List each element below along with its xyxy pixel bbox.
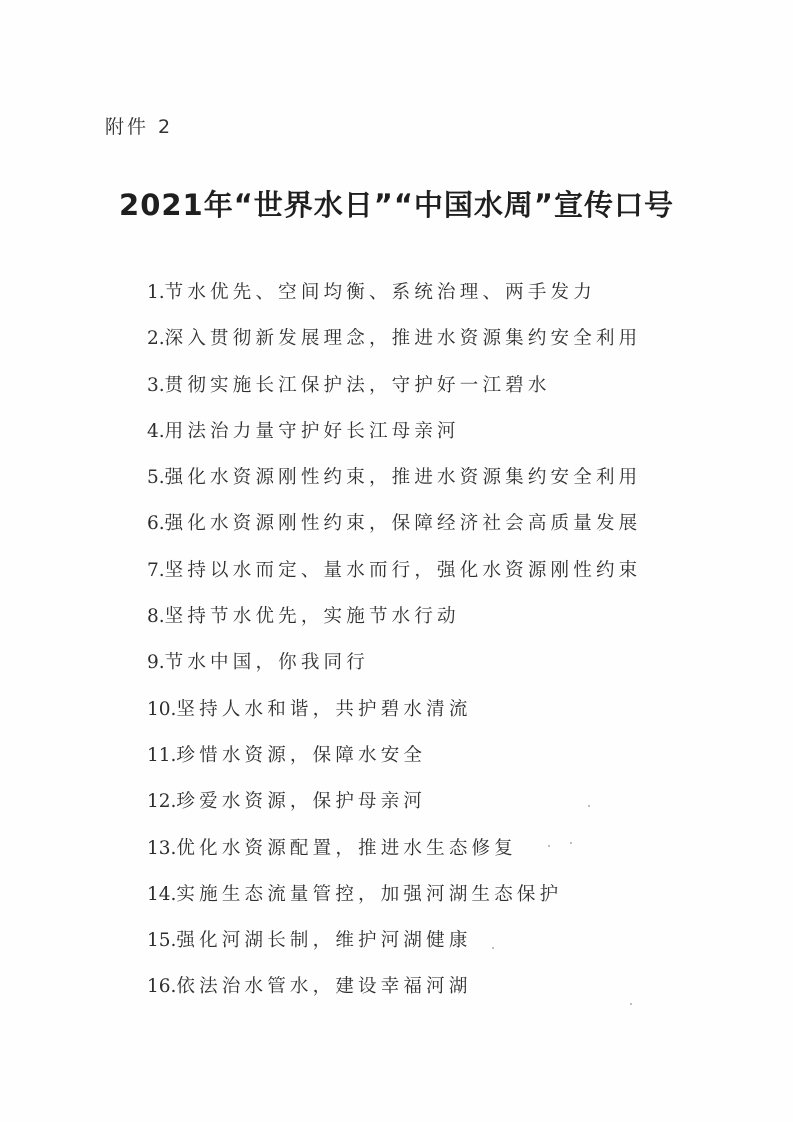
slogan-item: 9.节水中国，你我同行: [147, 648, 641, 694]
slogan-number: 5.: [147, 467, 165, 488]
slogan-number: 4.: [147, 421, 165, 442]
slogan-text: 坚持以水而定、量水而行，强化水资源刚性约束: [165, 560, 642, 581]
slogan-text: 用法治力量守护好长江母亲河: [165, 421, 460, 442]
slogan-item: 14.实施生态流量管控，加强河湖生态保护: [147, 880, 641, 926]
slogan-text: 强化水资源刚性约束，推进水资源集约安全利用: [165, 467, 642, 488]
slogan-text: 贯彻实施长江保护法，守护好一江碧水: [165, 375, 551, 396]
attachment-label: 附件 2: [105, 112, 173, 139]
slogan-number: 13.: [147, 838, 176, 859]
slogan-item: 13.优化水资源配置，推进水生态修复: [147, 834, 641, 880]
slogan-text: 节水中国，你我同行: [165, 652, 369, 673]
scan-speck: [588, 805, 590, 807]
slogan-text: 强化水资源刚性约束，保障经济社会高质量发展: [165, 513, 642, 534]
slogan-item: 7.坚持以水而定、量水而行，强化水资源刚性约束: [147, 556, 641, 602]
document-title: 2021年“世界水日”“中国水周”宣传口号: [0, 183, 793, 224]
document-page: 附件 2 2021年“世界水日”“中国水周”宣传口号 1.节水优先、空间均衡、系…: [0, 0, 793, 1122]
scan-speck: [548, 845, 550, 847]
slogan-text: 节水优先、空间均衡、系统治理、两手发力: [165, 282, 596, 303]
slogan-item: 2.深入贯彻新发展理念，推进水资源集约安全利用: [147, 324, 641, 370]
slogan-item: 12.珍爱水资源，保护母亲河: [147, 787, 641, 833]
slogan-text: 坚持节水优先，实施节水行动: [165, 606, 460, 627]
slogan-item: 10.坚持人水和谐，共护碧水清流: [147, 695, 641, 741]
slogan-number: 8.: [147, 606, 165, 627]
slogan-item: 4.用法治力量守护好长江母亲河: [147, 417, 641, 463]
slogan-number: 9.: [147, 652, 165, 673]
slogan-item: 5.强化水资源刚性约束，推进水资源集约安全利用: [147, 463, 641, 509]
slogan-number: 14.: [147, 884, 176, 905]
slogan-item: 8.坚持节水优先，实施节水行动: [147, 602, 641, 648]
slogan-item: 11.珍惜水资源，保障水安全: [147, 741, 641, 787]
slogan-text: 优化水资源配置，推进水生态修复: [176, 838, 517, 859]
scan-speck: [570, 842, 572, 844]
slogan-number: 12.: [147, 791, 176, 812]
slogan-number: 10.: [147, 699, 176, 720]
slogan-text: 坚持人水和谐，共护碧水清流: [176, 699, 471, 720]
slogan-item: 15.强化河湖长制，维护河湖健康: [147, 926, 641, 972]
slogan-number: 1.: [147, 282, 165, 303]
slogan-item: 3.贯彻实施长江保护法，守护好一江碧水: [147, 371, 641, 417]
slogan-text: 珍惜水资源，保障水安全: [176, 745, 426, 766]
slogan-number: 11.: [147, 745, 176, 766]
scan-speck: [492, 947, 494, 949]
slogan-item: 6.强化水资源刚性约束，保障经济社会高质量发展: [147, 509, 641, 555]
slogan-number: 7.: [147, 560, 165, 581]
slogan-number: 3.: [147, 375, 165, 396]
scan-speck: [630, 1003, 632, 1005]
slogan-text: 深入贯彻新发展理念，推进水资源集约安全利用: [165, 328, 642, 349]
slogan-number: 16.: [147, 976, 176, 997]
slogan-item: 1.节水优先、空间均衡、系统治理、两手发力: [147, 278, 641, 324]
slogan-item: 16.依法治水管水，建设幸福河湖: [147, 972, 641, 1018]
slogan-text: 强化河湖长制，维护河湖健康: [176, 930, 471, 951]
slogan-list: 1.节水优先、空间均衡、系统治理、两手发力 2.深入贯彻新发展理念，推进水资源集…: [147, 278, 641, 1019]
slogan-number: 2.: [147, 328, 165, 349]
slogan-text: 依法治水管水，建设幸福河湖: [176, 976, 471, 997]
slogan-text: 珍爱水资源，保护母亲河: [176, 791, 426, 812]
slogan-number: 6.: [147, 513, 165, 534]
slogan-text: 实施生态流量管控，加强河湖生态保护: [176, 884, 562, 905]
slogan-number: 15.: [147, 930, 176, 951]
